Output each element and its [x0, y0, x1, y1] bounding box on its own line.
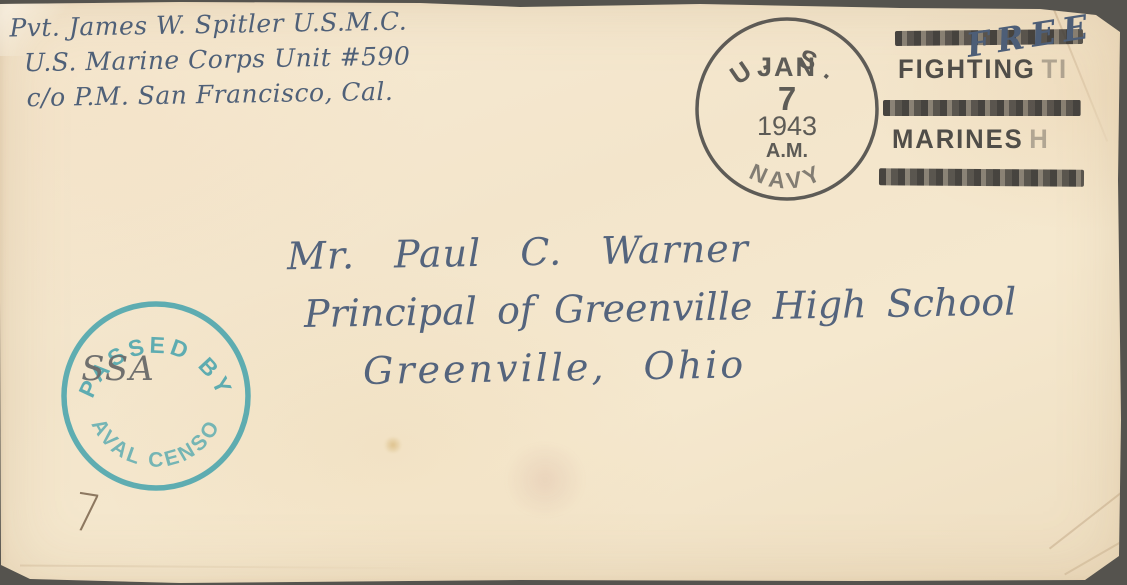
- postmark-month: JAN: [757, 52, 817, 82]
- censor-initials-handwriting: SSA: [81, 349, 155, 389]
- crease-bottom-right: [1049, 493, 1121, 550]
- recipient-line-3: Greenville, Ohio: [363, 338, 1018, 393]
- cancel-word-1-partial: TI: [1041, 54, 1068, 84]
- crease-bottom-right-2: [1064, 539, 1126, 576]
- postmark-year: 1943: [757, 111, 817, 141]
- return-address-line-2: U.S. Marine Corps Unit #590: [24, 42, 411, 78]
- cancel-word-marines: MARINESH: [892, 124, 1050, 155]
- cancel-bar-bottom: [879, 168, 1084, 186]
- cancel-word-1-text: FIGHTING: [898, 54, 1036, 84]
- paper-stain-dot: [383, 437, 403, 453]
- cancel-bar-middle: [883, 100, 1081, 116]
- recipient-address: Mr. Paul C. Warner Principal of Greenvil…: [281, 222, 1018, 395]
- scanner-background: Pvt. James W. Spitler U.S.M.C. U.S. Mari…: [0, 0, 1127, 585]
- return-address: Pvt. James W. Spitler U.S.M.C. U.S. Mari…: [9, 7, 411, 113]
- postmark-time: A.M.: [766, 140, 808, 162]
- cancel-word-2-text: MARINES: [892, 124, 1024, 154]
- postmark-arc-bottom-text: NAVY: [746, 158, 829, 194]
- return-address-line-1: Pvt. James W. Spitler U.S.M.C.: [9, 7, 410, 43]
- paper-stain-smudge: [500, 445, 590, 515]
- return-address-line-3: c/o P.M. San Francisco, Cal.: [26, 77, 411, 113]
- crease-bottom-edge: [20, 565, 440, 570]
- recipient-line-1: Mr. Paul C. Warner: [287, 222, 1016, 279]
- envelope: Pvt. James W. Spitler U.S.M.C. U.S. Mari…: [0, 0, 1127, 585]
- naval-censor-stamp: PASSED BY NAVAL CENSOR SSA: [56, 296, 256, 496]
- recipient-line-2: Principal of Greenville High School: [304, 280, 1017, 336]
- cancel-word-2-partial: H: [1029, 124, 1049, 154]
- navy-postmark-stamp: U. S. JAN 7 1943 A.M. NAVY: [687, 9, 887, 209]
